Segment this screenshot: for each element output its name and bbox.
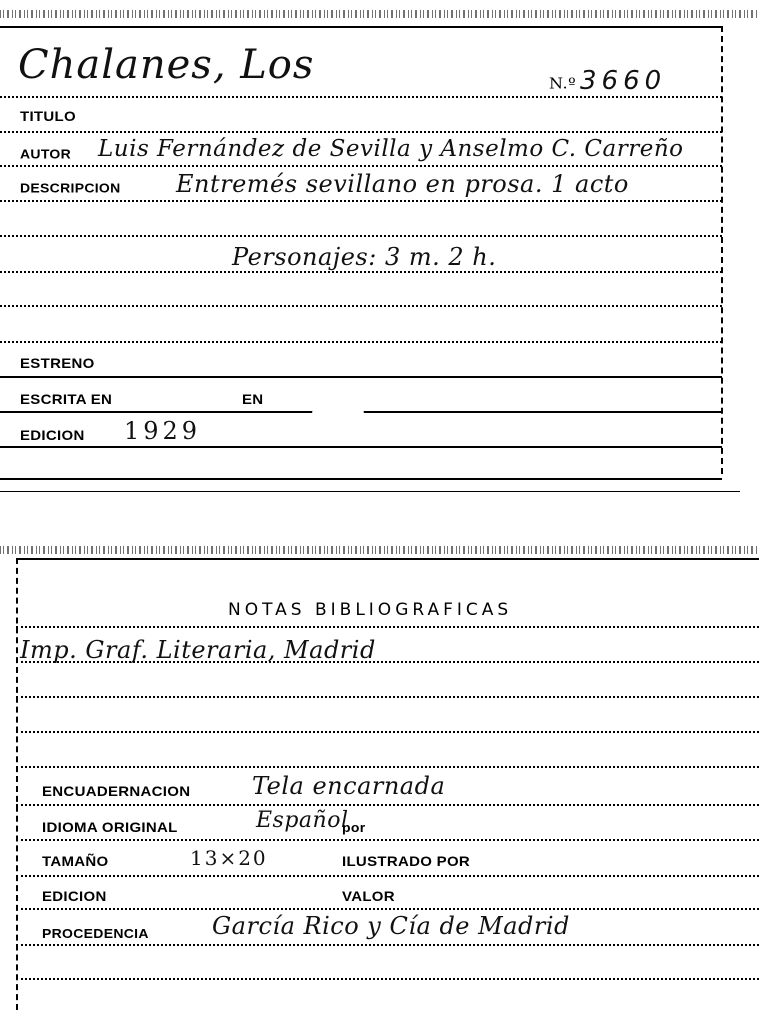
valor-label: VALOR	[342, 888, 395, 904]
autor-value: Luis Fernández de Sevilla y Anselmo C. C…	[98, 136, 684, 162]
blank-line-3	[0, 341, 722, 343]
titulo-line	[0, 131, 722, 133]
edicion-label-bottom: EDICION	[42, 888, 107, 904]
edicion-valor-line	[16, 908, 759, 910]
title-value: Chalanes, Los	[18, 42, 314, 88]
autor-line	[0, 165, 722, 167]
personajes-value: Personajes: 3 m. 2 h.	[232, 243, 496, 271]
notas-line-1	[16, 626, 759, 628]
idioma-label: IDIOMA ORIGINAL	[42, 819, 178, 835]
estreno-line	[0, 376, 722, 378]
tamano-value: 13×20	[190, 846, 268, 870]
encuadernacion-value: Tela encarnada	[252, 772, 445, 800]
encuadernacion-line	[16, 804, 759, 806]
notas-line-2	[16, 661, 759, 663]
tamano-label: TAMAÑO	[42, 853, 109, 869]
por-label: por	[342, 819, 365, 834]
tamano-line	[16, 875, 759, 877]
card-top-border	[0, 26, 722, 28]
card-top-edge	[0, 491, 740, 492]
descripcion-value: Entremés sevillano en prosa. 1 acto	[176, 170, 629, 198]
edicion-value: 1929	[124, 417, 201, 445]
idioma-value: Español	[256, 808, 349, 833]
encuadernacion-label: ENCUADERNACION	[42, 783, 190, 799]
number-label: N.º	[549, 74, 576, 92]
paper-damage	[312, 392, 364, 438]
blank-line-bottom	[16, 978, 759, 980]
torn-edge-top	[0, 10, 759, 18]
notas-line-3	[16, 696, 759, 698]
notas-line-5	[16, 766, 759, 768]
en-label: EN	[242, 391, 263, 407]
torn-edge-bottom-card	[0, 546, 759, 554]
descripcion-line	[0, 200, 722, 202]
card-bottom-top-border	[16, 558, 759, 560]
idioma-line	[16, 839, 759, 841]
procedencia-label: PROCEDENCIA	[42, 925, 149, 940]
autor-label: AUTOR	[20, 146, 71, 161]
ilustrado-label: ILUSTRADO POR	[342, 853, 470, 869]
blank-line-2	[0, 305, 722, 307]
card-top-bottom-line	[0, 478, 722, 480]
estreno-label: ESTRENO	[20, 355, 95, 371]
card-right-border	[721, 26, 723, 474]
edicion-label: EDICION	[20, 427, 85, 443]
title-line	[0, 96, 722, 98]
titulo-label: TITULO	[20, 108, 76, 124]
edicion-line	[0, 446, 722, 448]
notas-line-4	[16, 731, 759, 733]
personajes-line	[0, 271, 722, 273]
notas-heading: NOTAS BIBLIOGRAFICAS	[228, 600, 512, 620]
escrita-en-label: ESCRITA EN	[20, 391, 112, 407]
procedencia-value: García Rico y Cía de Madrid	[212, 912, 570, 940]
procedencia-line	[16, 944, 759, 946]
descripcion-label: DESCRIPCION	[20, 180, 121, 195]
number-value: 3660	[580, 66, 666, 96]
notas-value: Imp. Graf. Literaria, Madrid	[20, 636, 376, 664]
blank-line-1	[0, 235, 722, 237]
